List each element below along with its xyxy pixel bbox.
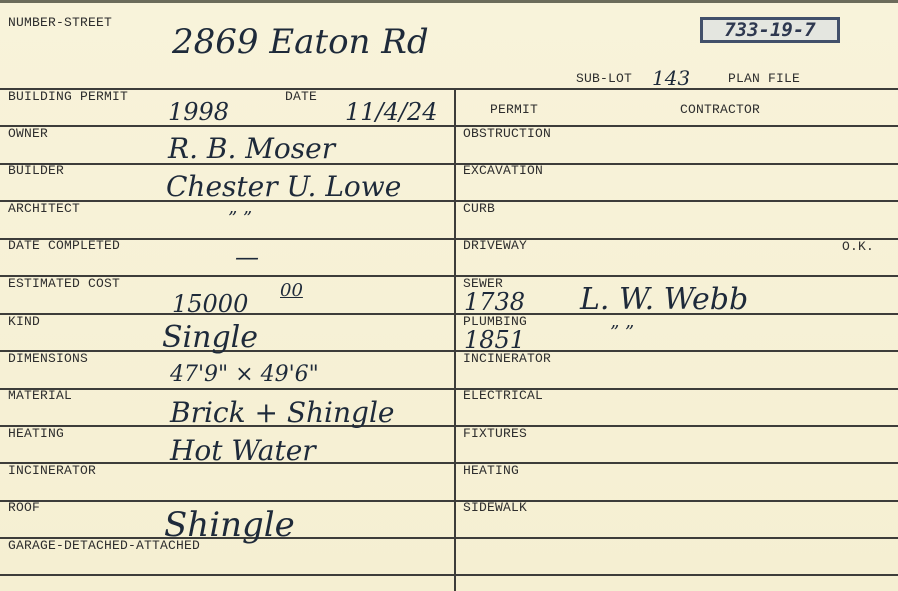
material-value: Brick + Shingle — [170, 396, 394, 429]
sewer-permit-number: 1738 — [464, 288, 525, 316]
row-divider — [0, 425, 898, 427]
building-permit-label: BUILDING PERMIT — [8, 89, 128, 104]
fixtures-label: FIXTURES — [463, 426, 527, 441]
contractor-header: CONTRACTOR — [680, 102, 760, 117]
owner-value: R. B. Moser — [168, 132, 335, 165]
row-divider — [0, 238, 898, 240]
heating-value: Hot Water — [170, 434, 316, 467]
estimated-cost-value: 15000 — [172, 290, 248, 318]
sub-lot-label: SUB-LOT — [576, 71, 632, 86]
driveway-status: O.K. — [842, 239, 874, 254]
kind-label: KIND — [8, 314, 40, 329]
dimensions-label: DIMENSIONS — [8, 351, 88, 366]
excavation-label: EXCAVATION — [463, 163, 543, 178]
estimated-cost-cents: 00 — [280, 280, 303, 301]
heating-label: HEATING — [8, 426, 64, 441]
address-value: 2869 Eaton Rd — [172, 22, 429, 62]
driveway-label: DRIVEWAY — [463, 238, 527, 253]
obstruction-label: OBSTRUCTION — [463, 126, 551, 141]
dimensions-value: 47'9" × 49'6" — [170, 362, 319, 387]
date-completed-value: — — [235, 243, 259, 271]
estimated-cost-label: ESTIMATED COST — [8, 276, 120, 291]
roof-label: ROOF — [8, 500, 40, 515]
plan-file-label: PLAN FILE — [728, 71, 800, 86]
row-divider — [0, 574, 898, 576]
row-divider — [0, 350, 898, 352]
row-divider — [0, 462, 898, 464]
row-divider — [0, 200, 898, 202]
incinerator-label: INCINERATOR — [8, 463, 96, 478]
row-divider — [0, 125, 898, 127]
date-label: DATE — [285, 89, 317, 104]
material-label: MATERIAL — [8, 388, 72, 403]
curb-label: CURB — [463, 201, 495, 216]
number-street-label: NUMBER-STREET — [8, 15, 112, 30]
electrical-label: ELECTRICAL — [463, 388, 543, 403]
builder-label: BUILDER — [8, 163, 64, 178]
incinerator-permit-label: INCINERATOR — [463, 351, 551, 366]
row-divider — [0, 500, 898, 502]
row-divider — [0, 163, 898, 165]
kind-value: Single — [162, 320, 258, 355]
date-completed-label: DATE COMPLETED — [8, 238, 120, 253]
row-divider — [0, 88, 898, 90]
row-divider — [0, 313, 898, 315]
sub-lot-value: 143 — [652, 66, 690, 90]
permit-header: PERMIT — [490, 102, 538, 117]
garage-label: GARAGE-DETACHED-ATTACHED — [8, 538, 200, 553]
plumbing-contractor: ” ” — [610, 322, 634, 343]
architect-label: ARCHITECT — [8, 201, 80, 216]
heating-permit-label: HEATING — [463, 463, 519, 478]
owner-label: OWNER — [8, 126, 48, 141]
sewer-contractor: L. W. Webb — [580, 282, 748, 317]
row-divider — [0, 275, 898, 277]
plumbing-permit-number: 1851 — [464, 326, 525, 354]
builder-value: Chester U. Lowe — [166, 170, 401, 203]
sidewalk-label: SIDEWALK — [463, 500, 527, 515]
architect-value: ” ” — [228, 208, 252, 229]
file-number-stamp: 733-19-7 — [700, 17, 840, 43]
card-top-edge — [0, 0, 898, 3]
building-permit-value: 1998 — [168, 98, 229, 126]
permit-record-card: NUMBER-STREET 2869 Eaton Rd 733-19-7 SUB… — [0, 0, 898, 591]
row-divider — [0, 388, 898, 390]
date-value: 11/4/24 — [345, 98, 438, 126]
